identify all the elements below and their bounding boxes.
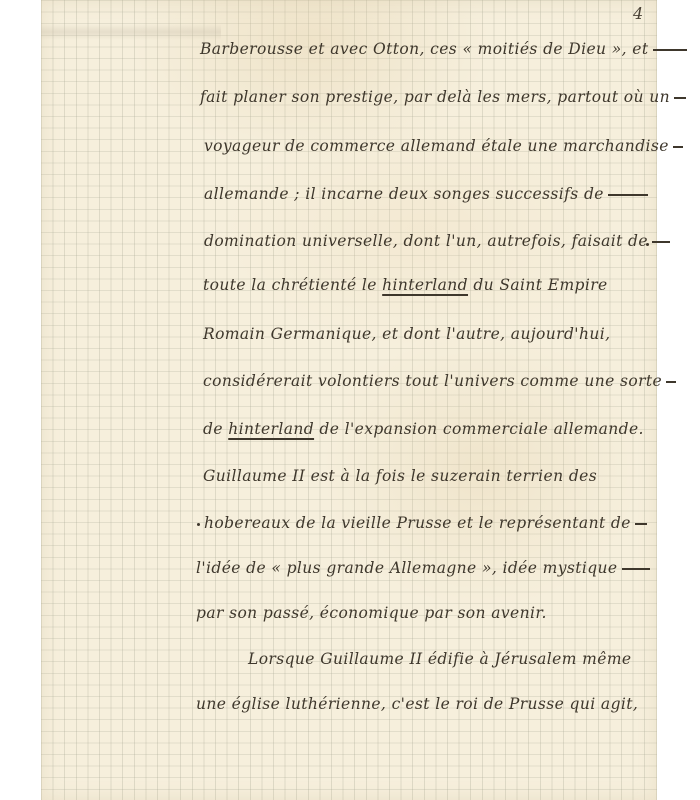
manuscript-line-10: Guillaume II est à la fois le suzerain t… <box>203 467 597 485</box>
manuscript-line-3: voyageur de commerce allemand étale une … <box>204 137 683 155</box>
line-text: fait planer son prestige, par delà les m… <box>200 88 670 106</box>
line-filler-dash <box>608 194 648 196</box>
line-filler-dash <box>666 381 676 383</box>
manuscript-line-2: fait planer son prestige, par delà les m… <box>200 88 686 106</box>
manuscript-line-1: Barberousse et avec Otton, ces « moitiés… <box>200 40 687 58</box>
line-filler-dash <box>652 241 670 243</box>
line-text: hobereaux de la vieille Prusse et le rep… <box>204 514 631 532</box>
manuscript-line-9: de hinterland de l'expansion commerciale… <box>203 420 644 438</box>
line-text-before: toute la chrétienté le <box>203 276 382 294</box>
manuscript-line-8: considérerait volontiers tout l'univers … <box>203 372 676 390</box>
line-filler-dash <box>653 49 687 51</box>
manuscript-line-15: une église luthérienne, c'est le roi de … <box>196 695 638 713</box>
manuscript-line-6: toute la chrétienté le hinterland du Sai… <box>203 276 608 294</box>
manuscript-line-11: hobereaux de la vieille Prusse et le rep… <box>197 514 647 532</box>
margin-mark <box>646 243 649 246</box>
line-text-before: de <box>203 420 228 438</box>
manuscript-line-7: Romain Germanique, et dont l'autre, aujo… <box>203 325 610 343</box>
manuscript-sheet <box>41 0 657 800</box>
line-text-after: du Saint Empire <box>468 276 608 294</box>
line-text: considérerait volontiers tout l'univers … <box>203 372 662 390</box>
manuscript-line-4: allemande ; il incarne deux songes succe… <box>204 185 648 203</box>
line-text: l'idée de « plus grande Allemagne », idé… <box>196 559 618 577</box>
line-text-after: de l'expansion commerciale allemande. <box>314 420 644 438</box>
line-text: allemande ; il incarne deux songes succe… <box>204 185 604 203</box>
manuscript-line-13: par son passé, économique par son avenir… <box>196 604 547 622</box>
line-text: Barberousse et avec Otton, ces « moitiés… <box>200 40 649 58</box>
line-text: une église luthérienne, c'est le roi de … <box>196 695 638 713</box>
paper-fold-mark <box>41 24 221 40</box>
line-filler-dash <box>635 523 647 525</box>
manuscript-line-5: domination universelle, dont l'un, autre… <box>204 232 670 250</box>
line-filler-dash <box>674 97 686 99</box>
underlined-word-hinterland: hinterland <box>228 420 314 438</box>
line-text: Lorsque Guillaume II édifie à Jérusalem … <box>248 650 632 668</box>
line-filler-dash <box>673 146 683 148</box>
line-text: par son passé, économique par son avenir… <box>196 604 547 622</box>
underlined-word-hinterland: hinterland <box>382 276 468 294</box>
line-text: Romain Germanique, et dont l'autre, aujo… <box>203 325 610 343</box>
manuscript-line-14: Lorsque Guillaume II édifie à Jérusalem … <box>248 650 632 668</box>
line-text: Guillaume II est à la fois le suzerain t… <box>203 467 597 485</box>
page-number: 4 <box>633 4 643 23</box>
line-text: voyageur de commerce allemand étale une … <box>204 137 669 155</box>
margin-mark <box>197 523 200 526</box>
line-text: domination universelle, dont l'un, autre… <box>204 232 648 250</box>
line-filler-dash <box>622 568 650 570</box>
manuscript-line-12: l'idée de « plus grande Allemagne », idé… <box>196 559 650 577</box>
